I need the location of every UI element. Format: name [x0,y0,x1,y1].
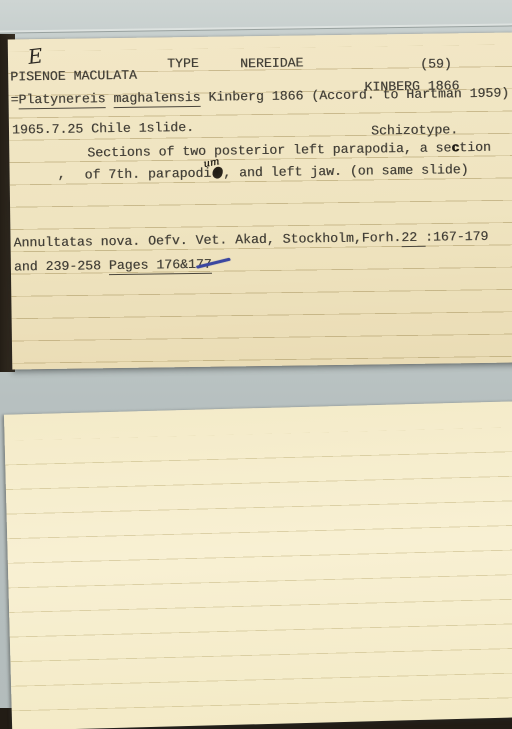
type-label: TYPE [167,57,199,71]
description-line-1: Sections of two posterior left parapodia… [87,141,491,161]
scanned-specimen-card-photo: E TYPE NEREIDAE (59) PISENOE MACULATA KI… [0,0,512,729]
species-epithet: maghalensis [113,90,200,108]
handwritten-correction: um [202,155,220,172]
synonym-prefix: = [10,92,18,107]
reference-line-2: and 239-258 Pages 176&177 [14,258,212,275]
ruled-lines [5,427,512,729]
genus-name: Platynereis [18,91,105,109]
reference-citation: Annultatas nova. Oefv. Vet. Akad, Stockh… [13,230,401,250]
description-line-2: of 7th. parapodi, and left jaw. (on same… [85,163,469,182]
synonym-authority: Kinberg 1866 (Accord. to Hartman 1959) [200,86,509,105]
description-line-2-text: of 7th. parapodi [85,166,212,183]
reference-continuation: and 239-258 [14,258,109,274]
reference-line-1: Annultatas nova. Oefv. Vet. Akad, Stockh… [13,230,488,251]
overtyped-character: c [451,140,459,155]
description-line-2-end: , and left jaw. (on same slide) [223,162,469,180]
page-range: :167-179 [417,229,488,245]
species-name: PISENOE MACULATA [10,69,137,85]
card-number: (59) [420,57,452,71]
collection-date-locality: 1965.7.25 Chile 1slide. [12,121,194,138]
synonym-line: =Platynereis maghalensis Kinberg 1866 (A… [10,87,509,108]
bottom-index-card [4,401,512,729]
description-line-1-text: Sections of two posterior left parapodia… [87,140,451,160]
description-line-1-end: tion [459,140,491,155]
backdrop-edge-line [0,23,512,32]
family-name: NEREIDAE [240,56,304,71]
type-status: Schizotype. [371,123,458,138]
handwritten-letter: E [27,43,44,69]
leading-comma: , [58,168,66,182]
top-index-card: E TYPE NEREIDAE (59) PISENOE MACULATA KI… [8,32,512,369]
